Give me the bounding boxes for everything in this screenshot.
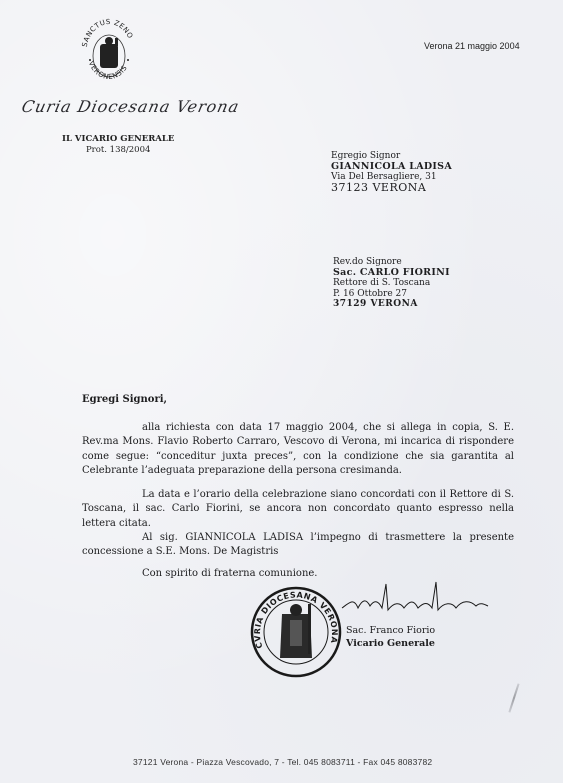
curia-name-script: Curia Diocesana Verona	[20, 97, 241, 116]
signer-block: Sac. Franco Fiorio Vicario Generale	[346, 624, 435, 650]
body-paragraph: La data e l’orario della celebrazione si…	[82, 488, 514, 531]
office-title: IL VICARIO GENERALE	[62, 134, 174, 145]
signer-name: Sac. Franco Fiorio	[346, 624, 435, 637]
letterhead-footer: 37121 Verona - Piazza Vescovado, 7 - Tel…	[133, 757, 432, 767]
protocol-number: Prot. 138/2004	[62, 145, 174, 156]
curia-diocesana-stamp-icon: CVRIA DIOCESANA VERONA	[250, 586, 342, 678]
recipient-name: Sac. CARLO FIORINI	[333, 268, 450, 279]
recipient-address-2: Rev.do Signore Sac. CARLO FIORINI Rettor…	[333, 257, 450, 310]
sanctus-zeno-seal-icon: SANCTUS ZENO VERONENSIS	[78, 16, 140, 92]
signer-title: Vicario Generale	[346, 637, 435, 650]
recipient-address-1: Egregio Signor GIANNICOLA LADISA Via Del…	[331, 151, 452, 193]
body-paragraph: Al sig. GIANNICOLA LADISA l’impegno di t…	[82, 531, 514, 560]
recipient-street: P. 16 Ottobre 27	[333, 289, 450, 300]
letter-page: SANCTUS ZENO VERONENSIS Curia Diocesana …	[0, 0, 563, 783]
recipient-name: GIANNICOLA LADISA	[331, 162, 452, 173]
recipient-salutation: Rev.do Signore	[333, 257, 450, 268]
scan-smudge	[508, 683, 519, 712]
recipient-city: 37123 VERONA	[331, 183, 452, 194]
recipient-salutation: Egregio Signor	[331, 151, 452, 162]
recipient-city: 37129 VERONA	[333, 299, 450, 310]
body-paragraph: alla richiesta con data 17 maggio 2004, …	[82, 421, 514, 478]
recipient-role: Rettore di S. Toscana	[333, 278, 450, 289]
letter-salutation: Egregi Signori,	[82, 394, 167, 405]
date-line: Verona 21 maggio 2004	[424, 41, 520, 51]
handwritten-signature	[340, 580, 490, 620]
office-heading: IL VICARIO GENERALE Prot. 138/2004	[62, 134, 174, 156]
